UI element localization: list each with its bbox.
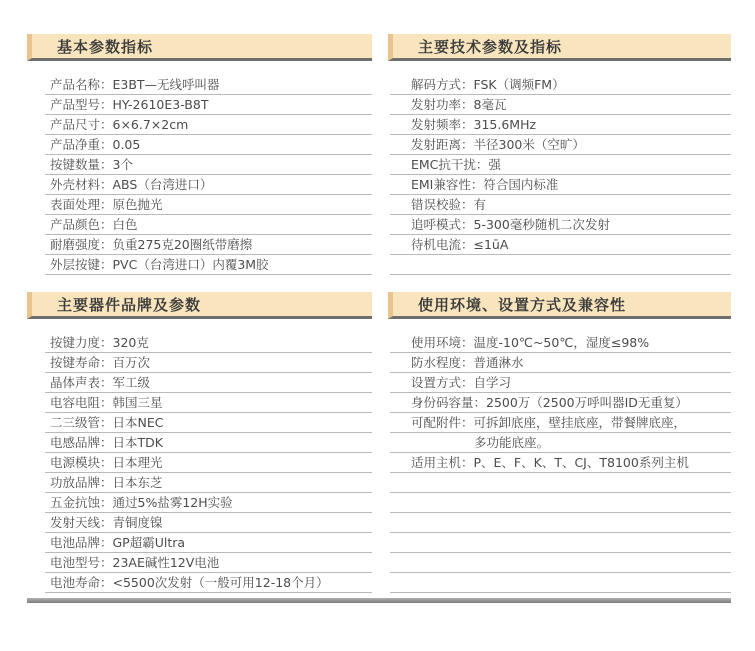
- spec-table-environment-compat: 使用环境：温度-10℃~50℃，湿度≤98%防水程度：普通淋水设置方式：自学习身…: [388, 333, 731, 593]
- table-row: 耐磨强度：负重275克20圈纸带磨擦: [27, 235, 372, 255]
- table-row: EMC抗干扰：强: [388, 155, 731, 175]
- table-row: 设置方式：自学习: [388, 373, 731, 393]
- spec-table-component-brands: 按键力度：320克按键寿命：百万次晶体声表：军工级电容电阻：韩国三星二三级管：日…: [27, 333, 372, 593]
- section-title-basic-params: 基本参数指标: [27, 34, 372, 61]
- table-row: 产品颜色：白色: [27, 215, 372, 235]
- table-row: 表面处理：原色抛光: [27, 195, 372, 215]
- table-row: 二三级管：日本NEC: [27, 413, 372, 433]
- bottom-divider-bar: [27, 598, 731, 603]
- table-row-empty: [388, 513, 731, 533]
- table-row: EMI兼容性：符合国内标准: [388, 175, 731, 195]
- table-row: 五金抗蚀：通过5%盐雾12H实验: [27, 493, 372, 513]
- table-row: 发射频率：315.6MHz: [388, 115, 731, 135]
- table-row: 发射功率：8毫瓦: [388, 95, 731, 115]
- table-row: 按键力度：320克: [27, 333, 372, 353]
- section-basic-params: 基本参数指标 产品名称：E3BT—无线呼叫器产品型号：HY-2610E3-B8T…: [27, 34, 372, 275]
- table-row: 解码方式：FSK（调频FM）: [388, 75, 731, 95]
- table-row: 外壳材料：ABS（台湾进口）: [27, 175, 372, 195]
- table-row: 电感品牌：日本TDK: [27, 433, 372, 453]
- table-row: 身份码容量：2500万（2500万呼叫器ID无重复）: [388, 393, 731, 413]
- table-row: 待机电流：≤1ūA: [388, 235, 731, 255]
- table-row: 电源模块：日本理光: [27, 453, 372, 473]
- table-row-empty: [388, 553, 731, 573]
- table-row: 防水程度：普通淋水: [388, 353, 731, 373]
- table-row: 追呼模式：5-300毫秒随机二次发射: [388, 215, 731, 235]
- table-row: 功放品牌：日本东芝: [27, 473, 372, 493]
- table-row: 产品尺寸：6×6.7×2cm: [27, 115, 372, 135]
- spec-table-basic-params: 产品名称：E3BT—无线呼叫器产品型号：HY-2610E3-B8T产品尺寸：6×…: [27, 75, 372, 275]
- section-tech-params: 主要技术参数及指标 解码方式：FSK（调频FM）发射功率：8毫瓦发射频率：315…: [388, 34, 731, 275]
- table-row: 产品净重：0.05: [27, 135, 372, 155]
- table-row: 电容电阻：韩国三星: [27, 393, 372, 413]
- spec-table-tech-params: 解码方式：FSK（调频FM）发射功率：8毫瓦发射频率：315.6MHz发射距离：…: [388, 75, 731, 275]
- table-row: 发射天线：青铜度镍: [27, 513, 372, 533]
- spec-grid-bottom: 主要器件品牌及参数 按键力度：320克按键寿命：百万次晶体声表：军工级电容电阻：…: [27, 292, 731, 593]
- table-row: 按键数量：3个: [27, 155, 372, 175]
- table-row: 产品型号：HY-2610E3-B8T: [27, 95, 372, 115]
- section-title-component-brands: 主要器件品牌及参数: [27, 292, 372, 319]
- table-row-empty: [388, 473, 731, 493]
- table-row: 错误校验：有: [388, 195, 731, 215]
- table-row-empty: [388, 255, 731, 275]
- table-row: 发射距离：半径300米（空旷）: [388, 135, 731, 155]
- table-row: 可配附件：可拆卸底座，壁挂底座，带餐牌底座，: [388, 413, 731, 433]
- table-row: 按键寿命：百万次: [27, 353, 372, 373]
- table-row: 电池寿命：<5500次发射（一般可用12-18个月）: [27, 573, 372, 593]
- section-title-environment-compat: 使用环境、设置方式及兼容性: [388, 292, 731, 319]
- section-title-tech-params: 主要技术参数及指标: [388, 34, 731, 61]
- table-row: 使用环境：温度-10℃~50℃，湿度≤98%: [388, 333, 731, 353]
- table-row: 电池型号：23AE碱性12V电池: [27, 553, 372, 573]
- table-row: 晶体声表：军工级: [27, 373, 372, 393]
- table-row: 电池品牌：GP超霸Ultra: [27, 533, 372, 553]
- section-environment-compat: 使用环境、设置方式及兼容性 使用环境：温度-10℃~50℃，湿度≤98%防水程度…: [388, 292, 731, 593]
- spec-grid-top: 基本参数指标 产品名称：E3BT—无线呼叫器产品型号：HY-2610E3-B8T…: [27, 34, 731, 275]
- table-row-empty: [388, 573, 731, 593]
- table-row: 产品名称：E3BT—无线呼叫器: [27, 75, 372, 95]
- table-row: 外层按键：PVC（台湾进口）内覆3M胶: [27, 255, 372, 275]
- table-row-empty: [388, 493, 731, 513]
- table-row: 多功能底座。: [388, 433, 731, 453]
- spec-sheet: 基本参数指标 产品名称：E3BT—无线呼叫器产品型号：HY-2610E3-B8T…: [27, 34, 731, 593]
- section-component-brands: 主要器件品牌及参数 按键力度：320克按键寿命：百万次晶体声表：军工级电容电阻：…: [27, 292, 372, 593]
- table-row-empty: [388, 533, 731, 553]
- table-row: 适用主机：P、E、F、K、T、CJ、T8100系列主机: [388, 453, 731, 473]
